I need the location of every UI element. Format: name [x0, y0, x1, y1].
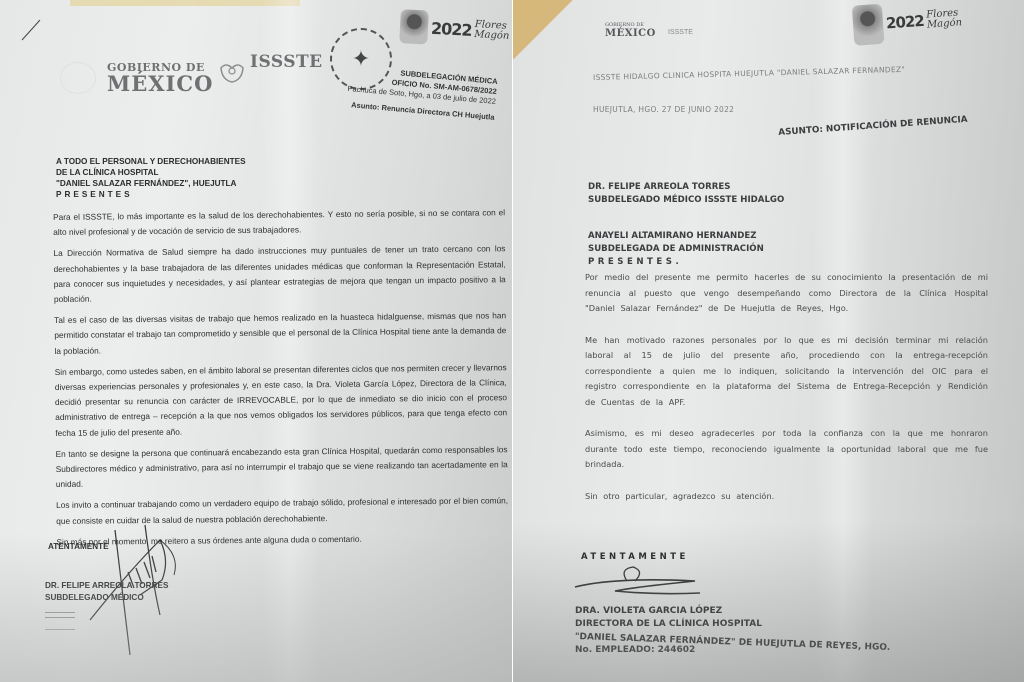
eagle-emblem-icon: [60, 62, 96, 94]
place-date: HUEJUTLA, HGO. 27 DE JUNIO 2022: [593, 105, 734, 114]
paragraph: Sin embargo, como ustedes saben, en el á…: [55, 360, 508, 441]
issste-logo-text: ISSSTE: [250, 52, 323, 72]
signer-name: DRA. VIOLETA GARCIA LÓPEZ: [575, 605, 891, 618]
pen-mark: [20, 18, 44, 42]
addressee-line: A TODO EL PERSONAL Y DERECHOHABIENTES: [56, 156, 246, 167]
addressee-block: A TODO EL PERSONAL Y DERECHOHABIENTES DE…: [56, 156, 246, 200]
gobierno-de-mexico-logo: GOBIERNO DE MÉXICO: [605, 22, 656, 39]
addressee-line: "DANIEL SALAZAR FERNÁNDEZ", HUEJUTLA: [56, 178, 246, 189]
portrait-icon: [399, 9, 429, 44]
paragraph: La Dirección Normativa de Salud siempre …: [53, 242, 506, 308]
year-logo-number: 2022: [431, 18, 472, 39]
handwritten-signature: [90, 520, 200, 660]
addressee-line: PRESENTES.: [588, 256, 764, 269]
paragraph: En tanto se designe la persona que conti…: [55, 442, 507, 492]
right-letter-photo: GOBIERNO DE MÉXICO ISSSTE 2022 FloresMag…: [513, 0, 1024, 682]
logo-line2: MÉXICO: [107, 74, 213, 94]
logo-line2: MÉXICO: [605, 28, 656, 39]
paragraph: Para el ISSSTE, lo más importante es la …: [53, 205, 505, 240]
addressee-line: ANAYELI ALTAMIRANO HERNANDEZ: [588, 230, 764, 243]
flores-magon-2022-logo: 2022 FloresMagón: [852, 0, 963, 46]
year-logo-number: 2022: [885, 12, 924, 33]
paper-corner: [513, 0, 573, 60]
left-letter-photo: GOBIERNO DE MÉXICO ISSSTE ✦ 2022 FloresM…: [0, 0, 512, 682]
issste-hands-icon: [218, 60, 246, 84]
flores-magon-2022-logo: 2022 FloresMagón: [399, 9, 510, 49]
letter-body: Para el ISSSTE, lo más importante es la …: [53, 205, 509, 556]
paragraph: Tal es el caso de las diversas visitas d…: [54, 308, 506, 358]
addressee-line: SUBDELEGADO MÉDICO ISSSTE HIDALGO: [588, 194, 784, 207]
closing: ATENTAMENTE: [581, 551, 689, 564]
paragraph: Sin otro particular, agradezco su atenci…: [585, 489, 988, 505]
portrait-icon: [852, 4, 885, 46]
paragraph: Asimismo, es mi deseo agradecerles por t…: [585, 426, 988, 473]
addressee-line: SUBDELEGADA DE ADMINISTRACIÓN: [588, 243, 764, 256]
signer-title: DIRECTORA DE LA CLÍNICA HOSPITAL: [575, 618, 891, 631]
handwritten-signature: [575, 565, 715, 605]
paragraph: Por medio del presente me permito hacerl…: [585, 270, 988, 317]
addressee-line: DE LA CLÍNICA HOSPITAL: [56, 167, 246, 178]
gobierno-de-mexico-logo: GOBIERNO DE MÉXICO: [107, 61, 213, 94]
reference-block: SUBDELEGACIÓN MÉDICA OFICIO No. SM-AM-06…: [337, 63, 498, 123]
letter-body: Por medio del presente me permito hacerl…: [585, 270, 988, 520]
asunto: ASUNTO: NOTIFICACIÓN DE RENUNCIA: [778, 114, 968, 140]
issste-logo-text: ISSSTE: [668, 29, 693, 36]
cc-lines: [45, 612, 75, 613]
year-logo-name2: Magón: [927, 17, 963, 30]
addressee-line: PRESENTES: [56, 189, 246, 200]
year-logo-name2: Magón: [474, 29, 510, 42]
photo-divider: [512, 0, 513, 682]
paragraph: Me han motivado razones personales por l…: [585, 333, 988, 411]
signer-block: DRA. VIOLETA GARCIA LÓPEZ DIRECTORA DE L…: [575, 605, 891, 657]
addressee-2: ANAYELI ALTAMIRANO HERNANDEZ SUBDELEGADA…: [588, 230, 764, 269]
addressee-1: DR. FELIPE ARREOLA TORRES SUBDELEGADO MÉ…: [588, 181, 784, 207]
addressee-line: DR. FELIPE ARREOLA TORRES: [588, 181, 784, 194]
